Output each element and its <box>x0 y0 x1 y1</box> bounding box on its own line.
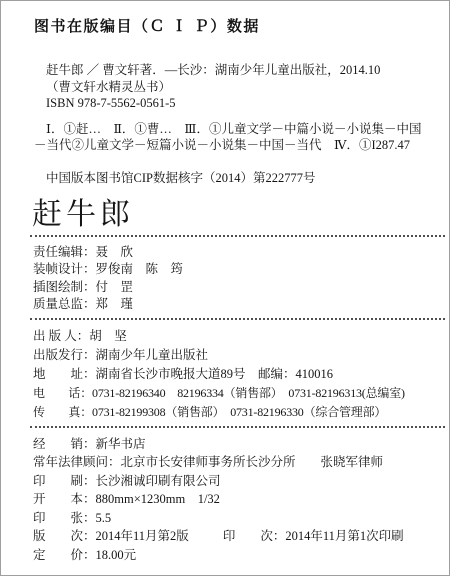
printing-row-edition: 版 次：2014年11月第2版印 次：2014年11月第1次印刷 <box>33 527 441 546</box>
book-copyright-page: 图书在版编目（Ｃ Ｉ Ｐ）数据 赶牛郎 ／ 曹文轩著．—长沙：湖南少年儿童出版社… <box>0 0 450 576</box>
printing-value: 新华书店 <box>96 437 146 451</box>
publisher-label: 传 真： <box>33 403 92 422</box>
printing-label: 印 刷： <box>33 472 96 491</box>
cip-class-line1: Ⅰ．①赶… Ⅱ．①曹… Ⅲ．①儿童文学－中篇小说－小说集－中国 <box>46 121 433 138</box>
staff-block: 责任编辑：聂 欣 装帧设计：罗俊南 陈 筠 插图绘制：付 罡 质量总监：郑 瑾 <box>1 244 449 314</box>
cip-classification-block: Ⅰ．①赶… Ⅱ．①曹… Ⅲ．①儿童文学－中篇小说－小说集－中国 －当代②儿童文学… <box>1 121 449 154</box>
printing-label: 印 张： <box>33 509 96 528</box>
printing-row-format: 开 本：880mm×1230mm 1/32 <box>33 490 441 509</box>
printing-label: 开 本： <box>33 490 96 509</box>
printing-label-impression: 印 次： <box>223 527 286 546</box>
staff-label: 插图绘制： <box>33 279 96 297</box>
staff-value: 罗俊南 陈 筠 <box>96 262 184 276</box>
printing-value: 北京市长安律师事务所长沙分所 张晓军律师 <box>121 455 384 469</box>
staff-row-designer: 装帧设计：罗俊南 陈 筠 <box>33 261 441 279</box>
cip-header: 图书在版编目（Ｃ Ｉ Ｐ）数据 <box>34 15 431 36</box>
cip-record-block: 赶牛郎 ／ 曹文轩著．—长沙：湖南少年儿童出版社，2014.10 （曹文轩水精灵… <box>1 62 449 112</box>
cip-class-line2: －当代②儿童文学－短篇小说－小说集－中国－当代 Ⅳ．①I287.47 <box>34 137 433 154</box>
printing-value-impression: 2014年11月第1次印刷 <box>285 529 403 543</box>
book-title: 赶牛郎 <box>32 198 449 232</box>
publisher-block: 出 版 人：胡 坚 出版发行：湖南少年儿童出版社 地 址：湖南省长沙市晚报大道8… <box>1 327 449 422</box>
staff-label: 责任编辑： <box>33 244 96 262</box>
publisher-value: 胡 坚 <box>89 329 127 343</box>
cip-registry-number: 中国版本图书馆CIP数据核字（2014）第222777号 <box>46 168 449 186</box>
dotted-divider-1 <box>30 235 445 237</box>
printing-row-distributor: 经 销：新华书店 <box>33 435 441 454</box>
printing-value: 18.00元 <box>96 548 137 562</box>
publisher-row-fax: 传 真：0731-82199308（销售部） 0731-82196330（综合管… <box>33 403 441 422</box>
staff-row-quality-director: 质量总监：郑 瑾 <box>33 296 441 314</box>
cip-title-line: 赶牛郎 ／ 曹文轩著．—长沙：湖南少年儿童出版社，2014.10 <box>46 62 433 79</box>
publisher-row-house: 出版发行：湖南少年儿童出版社 <box>33 346 441 365</box>
printing-value: 2014年11月第2版 <box>96 529 189 543</box>
staff-row-illustrator: 插图绘制：付 罡 <box>33 279 441 297</box>
publisher-value: 0731-82196340 82196334（销售部） 0731-8219631… <box>92 386 405 400</box>
publisher-row-address: 地 址：湖南省长沙市晚报大道89号 邮编：410016 <box>33 365 441 384</box>
publisher-value: 0731-82199308（销售部） 0731-82196330（综合管理部） <box>92 405 386 419</box>
publisher-label: 出版发行： <box>33 346 96 365</box>
staff-value: 聂 欣 <box>96 245 134 259</box>
cip-isbn: ISBN 978-7-5562-0561-5 <box>46 95 433 112</box>
printing-row-sheets: 印 张：5.5 <box>33 509 441 528</box>
publisher-label: 出 版 人： <box>33 327 89 346</box>
printing-value: 5.5 <box>96 511 112 525</box>
staff-label: 质量总监： <box>33 296 96 314</box>
dotted-divider-3 <box>30 426 445 428</box>
printing-label: 常年法律顾问： <box>33 453 121 472</box>
publisher-label: 电 话： <box>33 384 92 403</box>
staff-value: 付 罡 <box>96 280 134 294</box>
printing-block: 经 销：新华书店 常年法律顾问：北京市长安律师事务所长沙分所 张晓军律师 印 刷… <box>1 435 449 565</box>
printing-row-legal-counsel: 常年法律顾问：北京市长安律师事务所长沙分所 张晓军律师 <box>33 453 441 472</box>
staff-value: 郑 瑾 <box>96 297 134 311</box>
publisher-label: 地 址： <box>33 365 96 384</box>
dotted-divider-2 <box>30 318 445 320</box>
printing-row-price: 定 价：18.00元 <box>33 546 441 565</box>
publisher-value: 湖南省长沙市晚报大道89号 邮编：410016 <box>96 367 334 381</box>
publisher-value: 湖南少年儿童出版社 <box>96 348 209 362</box>
printing-value: 880mm×1230mm 1/32 <box>96 492 220 506</box>
staff-row-editor: 责任编辑：聂 欣 <box>33 244 441 262</box>
printing-row-printer: 印 刷：长沙湘诚印刷有限公司 <box>33 472 441 491</box>
cip-series-line: （曹文轩水精灵丛书） <box>46 79 433 96</box>
printing-value: 长沙湘诚印刷有限公司 <box>96 474 221 488</box>
publisher-row-person: 出 版 人：胡 坚 <box>33 327 441 346</box>
staff-label: 装帧设计： <box>33 261 96 279</box>
publisher-row-phone: 电 话：0731-82196340 82196334（销售部） 0731-821… <box>33 384 441 403</box>
printing-label: 定 价： <box>33 546 96 565</box>
printing-label: 经 销： <box>33 435 96 454</box>
printing-label: 版 次： <box>33 527 96 546</box>
